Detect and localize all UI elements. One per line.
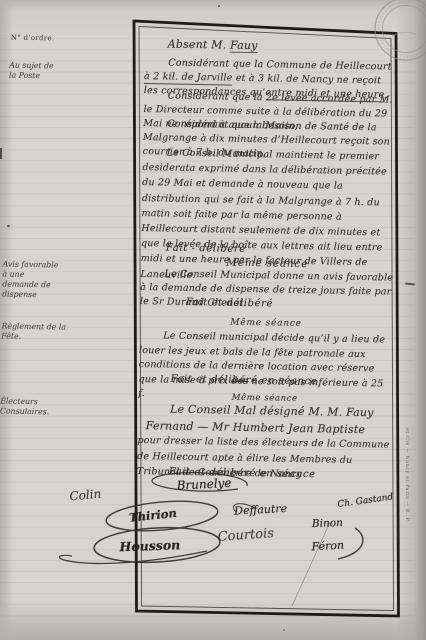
signature-thirion: Thirion: [128, 506, 177, 525]
order-number-label: N° d’ordre.: [11, 34, 55, 43]
signature-ch-gastand: Ch. Gastand: [337, 492, 394, 510]
edge-nick: [0, 148, 2, 159]
absent-line: Absent M. Fauy: [168, 36, 258, 53]
margin-note-dispense: Avis favorable à une demande de dispense: [2, 259, 59, 300]
margin-note-electeurs: Électeurs Consulaires.: [0, 396, 49, 417]
signature-colin: Colin: [69, 487, 102, 504]
underlined-segment: à 2 kil. de Jarville: [144, 71, 233, 85]
margin-note-poste: Au sujet de la Poste: [9, 61, 54, 82]
printer-imprint: et Cie — Nancy et Paris — R. P.: [404, 428, 409, 522]
absent-prefix: Absent M.: [168, 37, 231, 51]
signature-deffautre: Deffautre: [234, 502, 288, 518]
fait-delibere-2: Fait et délibéré: [186, 295, 273, 312]
absent-name: Fauy: [230, 39, 258, 54]
fait-delibere-3: Fait et délibéré en séance: [170, 372, 317, 390]
ink-speck: [7, 225, 10, 227]
signature-feron: Féron: [311, 539, 344, 554]
margin-note-fete: Règlement de la Fête.: [1, 321, 66, 342]
signature-housson: Housson: [119, 537, 180, 554]
signature-courtois: Courtois: [217, 526, 274, 545]
page-content: N° d’ordre. Au sujet de la Poste Avis fa…: [0, 0, 426, 640]
signature-binon: Binon: [312, 517, 343, 530]
ink-speck: [218, 5, 220, 7]
scanned-register-page: N° d’ordre. Au sujet de la Poste Avis fa…: [0, 0, 426, 640]
text-segment: Considérant que la Commune de Heillecour…: [168, 57, 392, 72]
ink-speck: [283, 629, 285, 631]
signature-brunelye: Brunelye: [176, 476, 231, 493]
